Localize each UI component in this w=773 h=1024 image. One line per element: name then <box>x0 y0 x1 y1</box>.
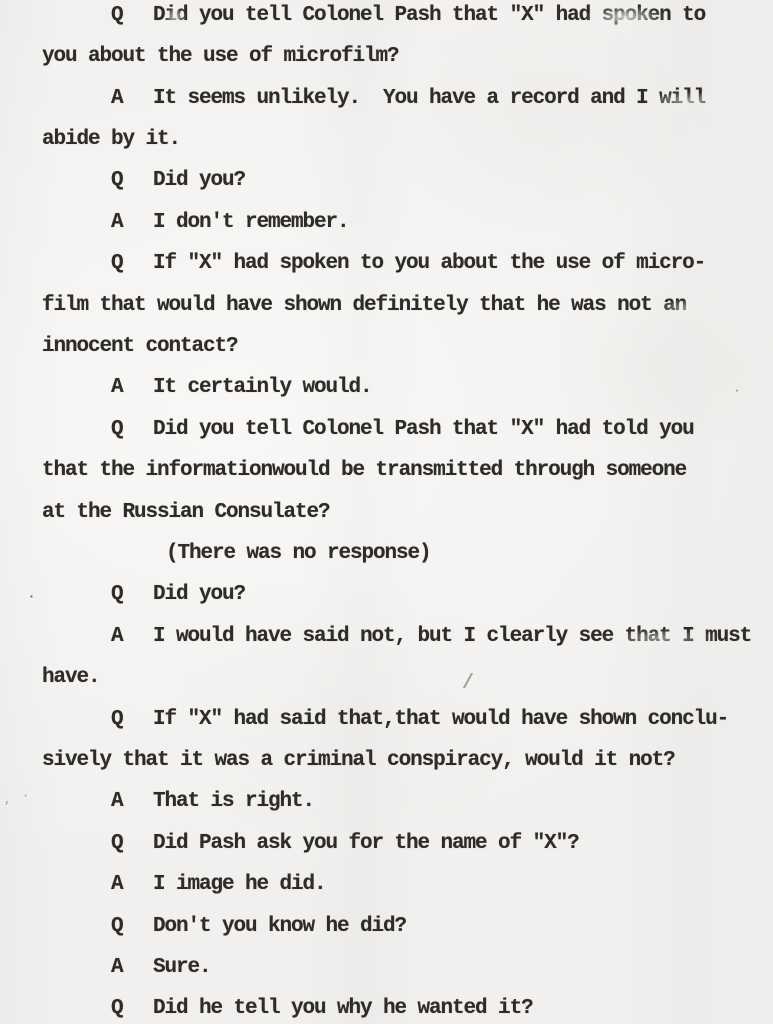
line-text: If "X" had said that,that would have sho… <box>153 705 728 735</box>
line-text: That is right. <box>153 787 314 817</box>
speaker-marker: Q <box>111 994 123 1024</box>
line-text: It certainly would. <box>153 373 372 403</box>
transcript-line: innocent contact? <box>0 332 773 362</box>
transcript-line: AI would have said not, but I clearly se… <box>0 622 773 652</box>
line-text: If "X" had spoken to you about the use o… <box>153 249 705 279</box>
speck: , <box>4 794 11 806</box>
transcript-line: QIf "X" had said that,that would have sh… <box>0 705 773 735</box>
speaker-marker: Q <box>111 1 123 31</box>
transcript-line: AI image he did. <box>0 870 773 900</box>
line-text: you about the use of microfilm? <box>42 42 399 72</box>
line-text: at the Russian Consulate? <box>42 498 330 528</box>
speaker-marker: Q <box>111 912 123 942</box>
line-text: Did you? <box>153 166 245 196</box>
speaker-marker: Q <box>111 415 123 445</box>
transcript-line: film that would have shown definitely th… <box>0 291 773 321</box>
speaker-marker: A <box>111 870 123 900</box>
transcript-line: that the informationwould be transmitted… <box>0 456 773 486</box>
line-text: I image he did. <box>153 870 326 900</box>
transcript-line: QDid you tell Colonel Pash that "X" had … <box>0 415 773 445</box>
speck: · <box>664 750 671 761</box>
speck: · <box>152 424 159 436</box>
line-text: have. <box>42 663 100 693</box>
speaker-marker: Q <box>111 829 123 859</box>
speck: · <box>733 384 741 397</box>
speaker-marker: A <box>111 208 123 238</box>
transcript-line: AThat is right. <box>0 787 773 817</box>
speaker-marker: A <box>111 622 123 652</box>
transcript-line: have. <box>0 663 773 693</box>
line-text: It seems unlikely. You have a record and… <box>153 84 705 114</box>
speaker-marker: Q <box>111 580 123 610</box>
transcript-line: QDid you? <box>0 580 773 610</box>
transcript-line: QDid he tell you why he wanted it? <box>0 994 773 1024</box>
line-text: Did he tell you why he wanted it? <box>153 994 533 1024</box>
line-text: Don't you know he did? <box>153 912 406 942</box>
transcript-line: AIt certainly would. <box>0 373 773 403</box>
speaker-marker: Q <box>111 166 123 196</box>
line-text: Sure. <box>153 953 211 983</box>
speaker-marker: A <box>111 953 123 983</box>
line-text: Did Pash ask you for the name of "X"? <box>153 829 579 859</box>
line-text: I would have said not, but I clearly see… <box>153 622 751 652</box>
transcript-line: QIf "X" had spoken to you about the use … <box>0 249 773 279</box>
transcript-line: AI don't remember. <box>0 208 773 238</box>
line-text: that the informationwould be transmitted… <box>42 456 686 486</box>
transcript-line: sively that it was a criminal conspiracy… <box>0 746 773 776</box>
line-text: innocent contact? <box>42 332 238 362</box>
transcript-line: ASure. <box>0 953 773 983</box>
line-text: abide by it. <box>42 125 180 155</box>
transcript-text-layer: QDid you tell Colonel Pash that "X" had … <box>0 0 773 1024</box>
line-text: Did you tell Colonel Pash that "X" had s… <box>153 1 705 31</box>
speaker-marker: Q <box>111 705 123 735</box>
transcript-line: you about the use of microfilm? <box>0 42 773 72</box>
line-text: sively that it was a criminal conspiracy… <box>42 746 675 776</box>
transcript-line: QDid you? <box>0 166 773 196</box>
speaker-marker: A <box>111 373 123 403</box>
transcript-line: QDid Pash ask you for the name of "X"? <box>0 829 773 859</box>
line-text: Did you tell Colonel Pash that "X" had t… <box>153 415 694 445</box>
speaker-marker: A <box>111 84 123 114</box>
transcript-line: AIt seems unlikely. You have a record an… <box>0 84 773 114</box>
line-text: (There was no response) <box>166 539 431 569</box>
transcript-line: (There was no response) <box>0 539 773 569</box>
ink-dot: ▪ <box>29 594 34 602</box>
speaker-marker: A <box>111 787 123 817</box>
speck: · <box>22 790 29 802</box>
pencil-slash: / <box>462 674 474 694</box>
transcript-line: QDid you tell Colonel Pash that "X" had … <box>0 1 773 31</box>
line-text: I don't remember. <box>153 208 349 238</box>
transcript-line: QDon't you know he did? <box>0 912 773 942</box>
document-page: QDid you tell Colonel Pash that "X" had … <box>0 0 773 1024</box>
line-text: Did you? <box>153 580 245 610</box>
line-text: film that would have shown definitely th… <box>42 291 686 321</box>
transcript-line: abide by it. <box>0 125 773 155</box>
speaker-marker: Q <box>111 249 123 279</box>
transcript-line: at the Russian Consulate? <box>0 498 773 528</box>
